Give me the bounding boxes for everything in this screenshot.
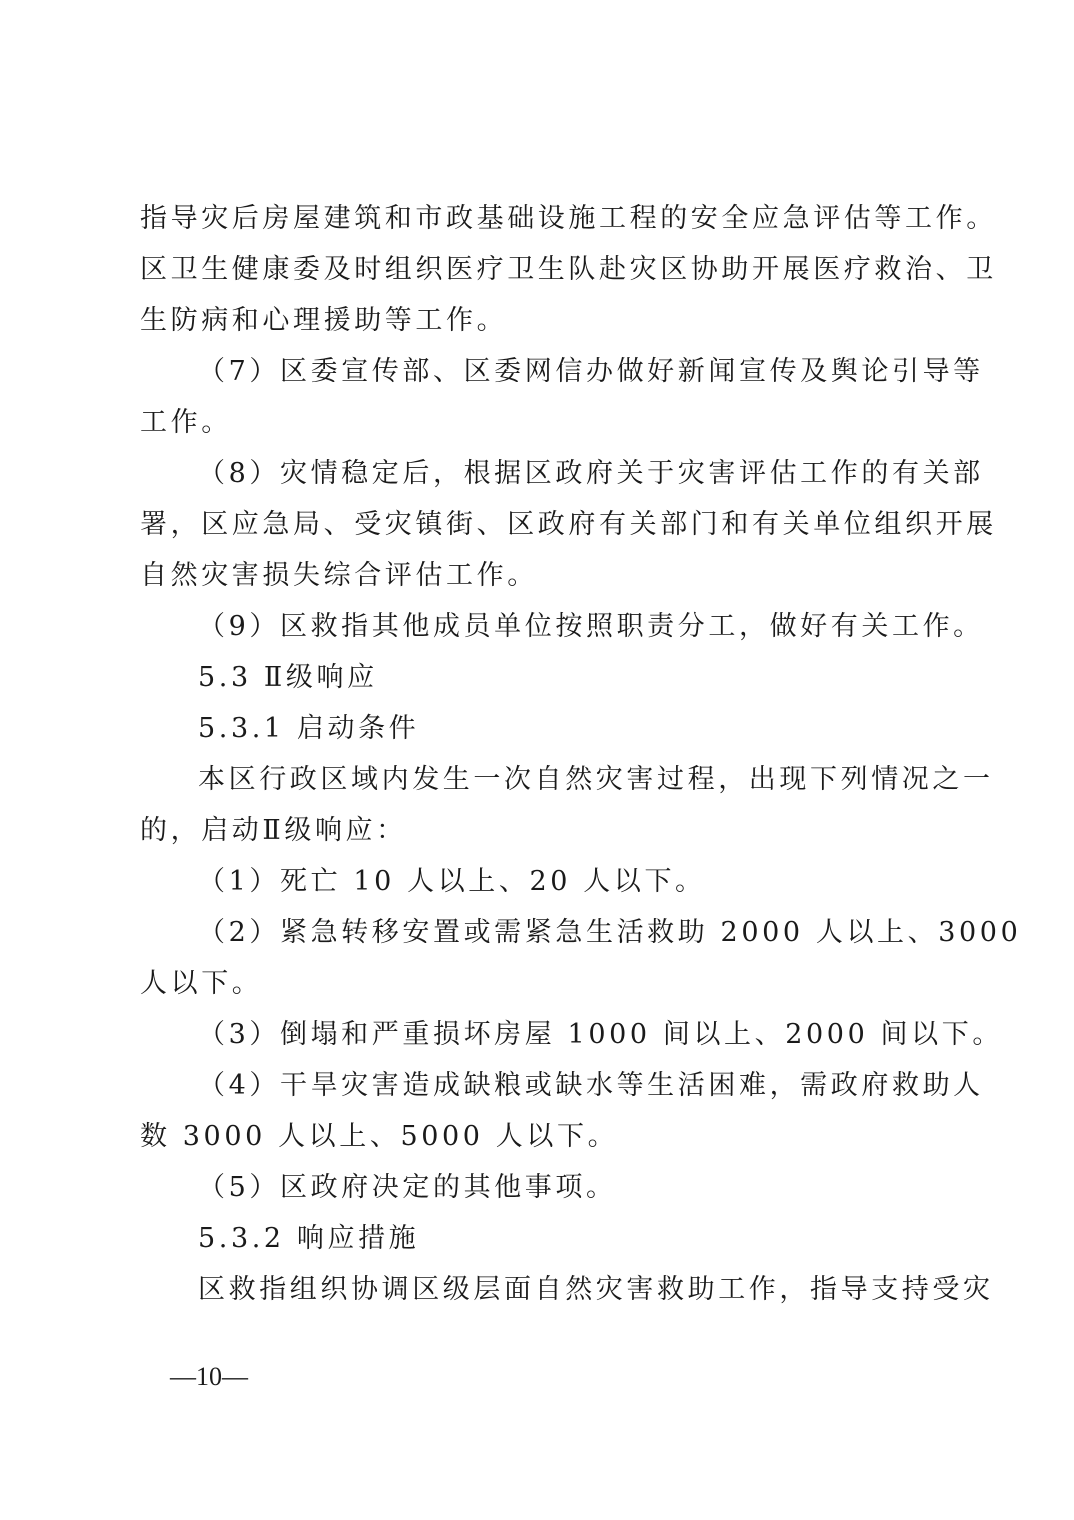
- condition-item-1: （1）死亡 10 人以上、20 人以下。: [198, 865, 998, 899]
- text-line: 工作。: [140, 406, 940, 440]
- text-line: 数 3000 人以上、5000 人以下。: [140, 1120, 940, 1154]
- text-line: 自然灾害损失综合评估工作。: [140, 559, 940, 593]
- condition-item-2: （2）紧急转移安置或需紧急生活救助 2000 人以上、3000: [198, 916, 998, 950]
- subsection-heading-5-3-1: 5.3.1 启动条件: [198, 712, 998, 746]
- condition-item-4: （4）干旱灾害造成缺粮或缺水等生活困难，需政府救助人: [198, 1069, 998, 1103]
- section-heading-5-3: 5.3 Ⅱ级响应: [198, 661, 998, 695]
- paragraph: 本区行政区域内发生一次自然灾害过程，出现下列情况之一: [198, 763, 998, 797]
- list-item-7: （7）区委宣传部、区委网信办做好新闻宣传及舆论引导等: [198, 355, 998, 389]
- document-page: 指导灾后房屋建筑和市政基础设施工程的安全应急评估等工作。 区卫生健康委及时组织医…: [0, 0, 1074, 1520]
- list-item-8: （8）灾情稳定后，根据区政府关于灾害评估工作的有关部: [198, 457, 998, 491]
- text-line: 指导灾后房屋建筑和市政基础设施工程的安全应急评估等工作。: [140, 202, 940, 236]
- paragraph: 区救指组织协调区级层面自然灾害救助工作，指导支持受灾: [198, 1273, 998, 1307]
- text-line: 区卫生健康委及时组织医疗卫生队赴灾区协助开展医疗救治、卫: [140, 253, 940, 287]
- condition-item-5: （5）区政府决定的其他事项。: [198, 1171, 998, 1205]
- page-number: —10—: [170, 1362, 248, 1392]
- text-line: 署，区应急局、受灾镇街、区政府有关部门和有关单位组织开展: [140, 508, 940, 542]
- list-item-9: （9）区救指其他成员单位按照职责分工，做好有关工作。: [198, 610, 998, 644]
- text-line: 人以下。: [140, 967, 940, 1001]
- text-line: 生防病和心理援助等工作。: [140, 304, 940, 338]
- condition-item-3: （3）倒塌和严重损坏房屋 1000 间以上、2000 间以下。: [198, 1018, 998, 1052]
- subsection-heading-5-3-2: 5.3.2 响应措施: [198, 1222, 998, 1256]
- text-line: 的，启动Ⅱ级响应：: [140, 814, 940, 848]
